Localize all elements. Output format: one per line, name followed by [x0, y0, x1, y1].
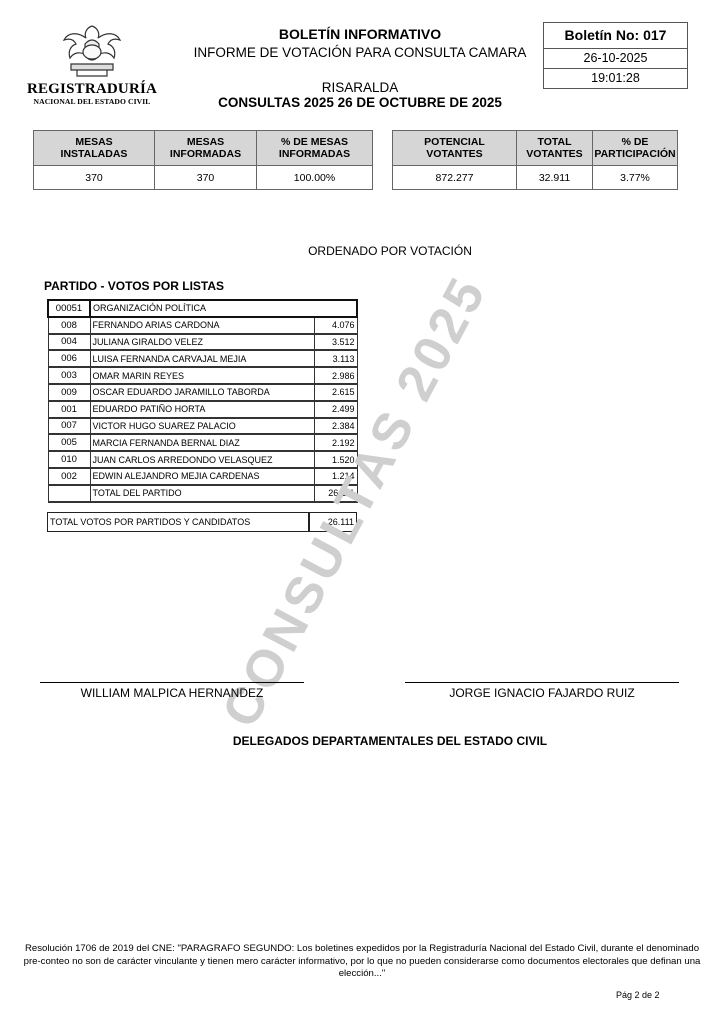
candidate-code: 006: [48, 350, 90, 367]
candidate-code: 004: [48, 334, 90, 351]
potencial-votantes-value: 872.277: [393, 166, 517, 190]
signature-name-left: WILLIAM MALPICA HERNANDEZ: [40, 686, 304, 700]
candidate-code: 002: [48, 468, 90, 485]
candidate-row: 008FERNANDO ARIAS CARDONA4.076: [48, 317, 357, 334]
report-subtitle: INFORME DE VOTACIÓN PARA CONSULTA CAMARA: [170, 45, 550, 60]
coat-of-arms-icon: [57, 22, 127, 80]
candidate-code: 007: [48, 418, 90, 435]
party-code: 00051: [48, 300, 90, 317]
signature-name-right: JORGE IGNACIO FAJARDO RUIZ: [405, 686, 679, 700]
grand-total-label: TOTAL VOTOS POR PARTIDOS Y CANDIDATOS: [48, 513, 310, 532]
section-title: PARTIDO - VOTOS POR LISTAS: [44, 279, 224, 293]
party-header-row: 00051 ORGANIZACIÓN POLÍTICA: [48, 300, 357, 317]
logo-subtitle: NACIONAL DEL ESTADO CIVIL: [22, 97, 162, 106]
grand-total-votes: 26.111: [309, 513, 357, 532]
candidate-votes: 2.192: [314, 434, 357, 451]
header-potencial-votantes: POTENCIAL VOTANTES: [393, 131, 517, 166]
registraduria-logo: REGISTRADURÍA NACIONAL DEL ESTADO CIVIL: [22, 22, 162, 108]
candidate-row: 005MARCIA FERNANDA BERNAL DIAZ2.192: [48, 434, 357, 451]
bulletin-time: 19:01:28: [544, 68, 687, 88]
bulletin-number: Boletín No: 017: [544, 23, 687, 48]
candidate-name: VICTOR HUGO SUAREZ PALACIO: [90, 418, 314, 435]
candidate-votes: 2.986: [314, 367, 357, 384]
header-mesas-informadas: MESAS INFORMADAS: [155, 131, 257, 166]
candidate-code: 001: [48, 401, 90, 418]
total-votantes-value: 32.911: [517, 166, 593, 190]
candidate-votes: 3.512: [314, 334, 357, 351]
votantes-table: POTENCIAL VOTANTES TOTAL VOTANTES % DE P…: [392, 130, 678, 190]
candidate-row: 003OMAR MARIN REYES2.986: [48, 367, 357, 384]
party-total-row: TOTAL DEL PARTIDO26.111: [48, 485, 357, 502]
bulletin-date: 26-10-2025: [544, 48, 687, 68]
candidate-code: 009: [48, 384, 90, 401]
pct-participacion-value: 3.77%: [593, 166, 678, 190]
logo-name: REGISTRADURÍA: [22, 82, 162, 97]
party-votes-table: 00051 ORGANIZACIÓN POLÍTICA 008FERNANDO …: [47, 299, 358, 503]
candidate-name: EDWIN ALEJANDRO MEJIA CARDENAS: [90, 468, 314, 485]
candidate-name: FERNANDO ARIAS CARDONA: [90, 317, 314, 334]
legal-disclaimer: Resolución 1706 de 2019 del CNE: "PARAGR…: [20, 943, 704, 981]
candidate-code: 003: [48, 367, 90, 384]
candidate-code: 010: [48, 451, 90, 468]
candidate-name: JULIANA GIRALDO VELEZ: [90, 334, 314, 351]
bulletin-info-box: Boletín No: 017 26-10-2025 19:01:28: [543, 22, 688, 89]
candidate-votes: 1.214: [314, 468, 357, 485]
candidate-row: 009OSCAR EDUARDO JARAMILLO TABORDA2.615: [48, 384, 357, 401]
candidate-votes: 4.076: [314, 317, 357, 334]
candidate-name: EDUARDO PATIÑO HORTA: [90, 401, 314, 418]
header-total-votantes: TOTAL VOTANTES: [517, 131, 593, 166]
party-total-code: [48, 485, 90, 502]
bulletin-title: BOLETÍN INFORMATIVO: [170, 26, 550, 42]
candidate-votes: 2.384: [314, 418, 357, 435]
mesas-table: MESAS INSTALADAS MESAS INFORMADAS % DE M…: [33, 130, 373, 190]
party-total-votes: 26.111: [314, 485, 357, 502]
candidate-votes: 1.520: [314, 451, 357, 468]
mesas-instaladas-value: 370: [34, 166, 155, 190]
candidate-votes: 3.113: [314, 350, 357, 367]
candidate-row: 007VICTOR HUGO SUAREZ PALACIO2.384: [48, 418, 357, 435]
page-number: Pág 2 de 2: [616, 990, 660, 1000]
candidate-name: JUAN CARLOS ARREDONDO VELASQUEZ: [90, 451, 314, 468]
candidate-votes: 2.499: [314, 401, 357, 418]
pct-mesas-informadas-value: 100.00%: [257, 166, 373, 190]
candidate-code: 008: [48, 317, 90, 334]
mesas-informadas-value: 370: [155, 166, 257, 190]
signature-line-right: [405, 682, 679, 683]
sort-label: ORDENADO POR VOTACIÓN: [0, 244, 724, 258]
signatories-role: DELEGADOS DEPARTAMENTALES DEL ESTADO CIV…: [0, 734, 724, 748]
department-name: RISARALDA: [170, 80, 550, 95]
candidate-row: 001EDUARDO PATIÑO HORTA2.499: [48, 401, 357, 418]
header-pct-participacion: % DE PARTICIPACIÓN: [593, 131, 678, 166]
candidate-votes: 2.615: [314, 384, 357, 401]
candidate-row: 006LUISA FERNANDA CARVAJAL MEJIA3.113: [48, 350, 357, 367]
candidate-row: 002EDWIN ALEJANDRO MEJIA CARDENAS1.214: [48, 468, 357, 485]
header-pct-mesas-informadas: % DE MESAS INFORMADAS: [257, 131, 373, 166]
candidate-name: MARCIA FERNANDA BERNAL DIAZ: [90, 434, 314, 451]
candidate-name: LUISA FERNANDA CARVAJAL MEJIA: [90, 350, 314, 367]
header-mesas-instaladas: MESAS INSTALADAS: [34, 131, 155, 166]
party-total-label: TOTAL DEL PARTIDO: [90, 485, 314, 502]
grand-total-table: TOTAL VOTOS POR PARTIDOS Y CANDIDATOS 26…: [47, 512, 357, 532]
signature-line-left: [40, 682, 304, 683]
party-name: ORGANIZACIÓN POLÍTICA: [90, 300, 357, 317]
candidate-name: OSCAR EDUARDO JARAMILLO TABORDA: [90, 384, 314, 401]
candidate-row: 004JULIANA GIRALDO VELEZ3.512: [48, 334, 357, 351]
candidate-row: 010JUAN CARLOS ARREDONDO VELASQUEZ1.520: [48, 451, 357, 468]
consultation-title: CONSULTAS 2025 26 DE OCTUBRE DE 2025: [170, 95, 550, 110]
candidate-code: 005: [48, 434, 90, 451]
candidate-name: OMAR MARIN REYES: [90, 367, 314, 384]
